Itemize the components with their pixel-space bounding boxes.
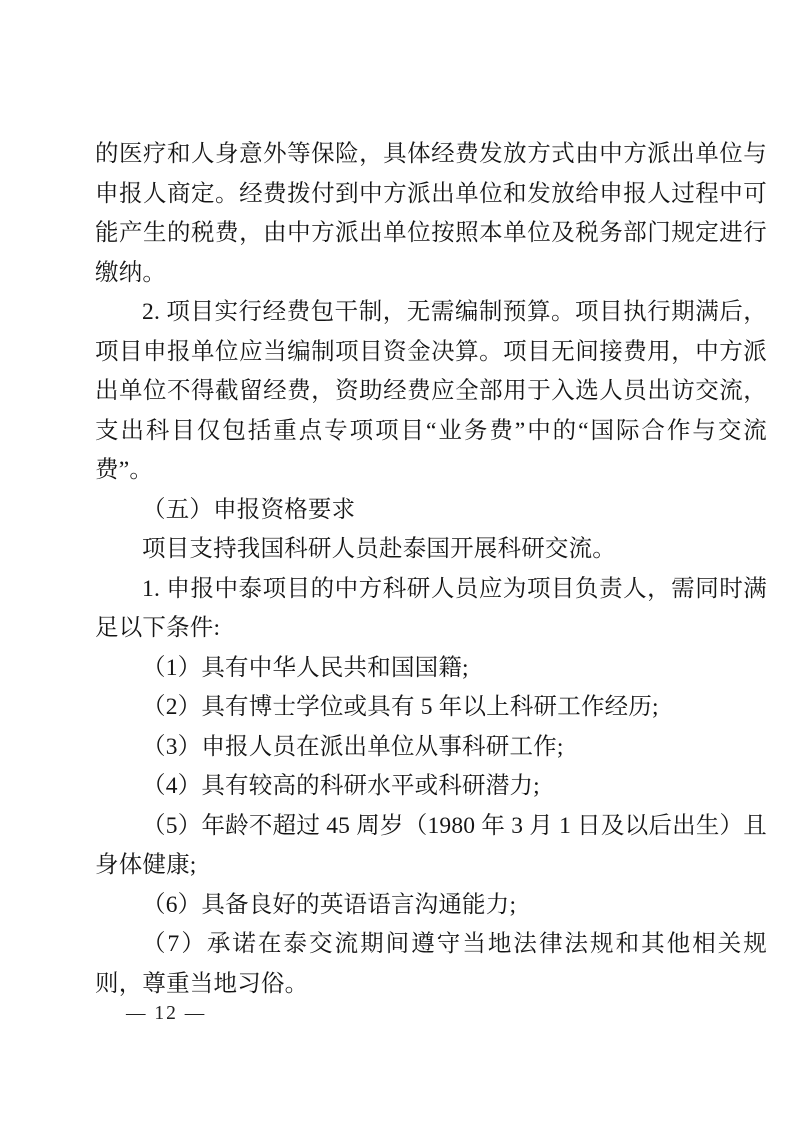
condition-item-1: （1）具有中华人民共和国国籍;	[95, 649, 767, 689]
condition-item-4: （4）具有较高的科研水平或科研潜力;	[95, 767, 767, 807]
condition-item-7: （7）承诺在泰交流期间遵守当地法律法规和其他相关规则，尊重当地习俗。	[95, 925, 767, 1004]
paragraph-continuation: 的医疗和人身意外等保险，具体经费发放方式由中方派出单位与申报人商定。经费拨付到中…	[95, 135, 767, 293]
paragraph-project-support: 项目支持我国科研人员赴泰国开展科研交流。	[95, 530, 767, 570]
document-body: 的医疗和人身意外等保险，具体经费发放方式由中方派出单位与申报人商定。经费拨付到中…	[95, 135, 767, 1004]
condition-item-5: （5）年龄不超过 45 周岁（1980 年 3 月 1 日及以后出生）且身体健康…	[95, 807, 767, 886]
heading-section-5-eligibility: （五）申报资格要求	[95, 491, 767, 531]
document-page: 的医疗和人身意外等保险，具体经费发放方式由中方派出单位与申报人商定。经费拨付到中…	[0, 0, 794, 1123]
condition-item-3: （3）申报人员在派出单位从事科研工作;	[95, 728, 767, 768]
condition-item-6: （6）具备良好的英语语言沟通能力;	[95, 886, 767, 926]
page-number: — 12 —	[126, 1001, 206, 1027]
condition-item-2: （2）具有博士学位或具有 5 年以上科研工作经历;	[95, 688, 767, 728]
paragraph-item-1-applicant: 1. 申报中泰项目的中方科研人员应为项目负责人，需同时满足以下条件:	[95, 570, 767, 649]
paragraph-item-2-funding: 2. 项目实行经费包干制，无需编制预算。项目执行期满后，项目申报单位应当编制项目…	[95, 293, 767, 491]
